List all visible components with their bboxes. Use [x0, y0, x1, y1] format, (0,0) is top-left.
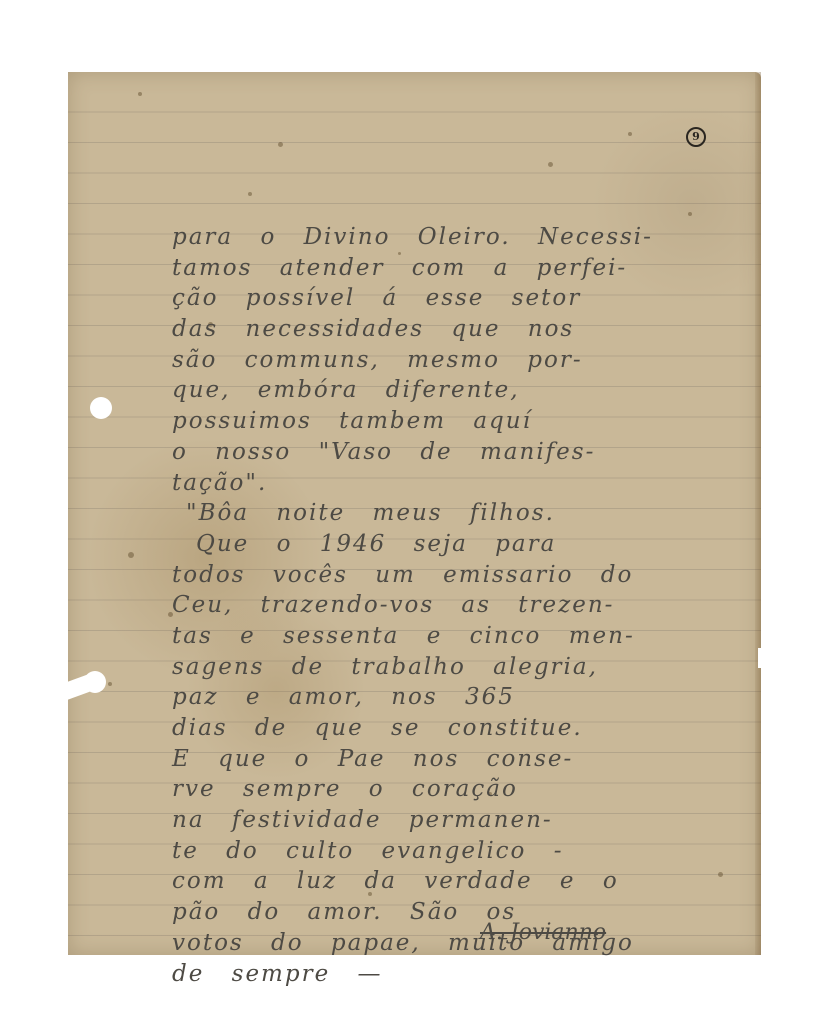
signature: A. Jovianno	[480, 920, 606, 945]
text-line: para o Divino Oleiro. Necessi-	[172, 222, 764, 253]
text-line: tação".	[172, 468, 764, 499]
page-number: 9	[686, 127, 706, 147]
text-line: de sempre —	[172, 959, 764, 990]
text-line: Ceu, trazendo-vos as trezen-	[172, 590, 764, 621]
text-line: na festividade permanen-	[172, 805, 764, 836]
text-line: ção possível á esse setor	[172, 283, 764, 314]
text-line: o nosso "Vaso de manifes-	[172, 437, 764, 468]
text-line: que, embóra diferente,	[172, 375, 764, 406]
text-line: dias de que se constitue.	[172, 713, 764, 744]
text-line: sagens de trabalho alegria,	[172, 652, 764, 683]
text-line: das necessidades que nos	[172, 314, 764, 345]
text-line: Que o 1946 seja para	[172, 529, 764, 560]
handwritten-text: para o Divino Oleiro. Necessi- tamos ate…	[172, 222, 764, 989]
punch-hole-upper	[90, 397, 112, 419]
text-line: E que o Pae nos conse-	[172, 744, 764, 775]
text-line: pão do amor. São os	[172, 897, 764, 928]
text-line: te do culto evangelico -	[172, 836, 764, 867]
text-line: tas e sessenta e cinco men-	[172, 621, 764, 652]
text-line: paz e amor, nos 365	[172, 682, 764, 713]
text-line: com a luz da verdade e o	[172, 866, 764, 897]
text-line: tamos atender com a perfei-	[172, 253, 764, 284]
text-line: rve sempre o coração	[172, 774, 764, 805]
text-line: possuimos tambem aquí	[172, 406, 764, 437]
text-line: votos do papae, muito amigo	[172, 928, 764, 959]
text-line: são communs, mesmo por-	[172, 345, 764, 376]
text-line: "Bôa noite meus filhos.	[172, 498, 764, 529]
text-line: todos vocês um emissario do	[172, 560, 764, 591]
